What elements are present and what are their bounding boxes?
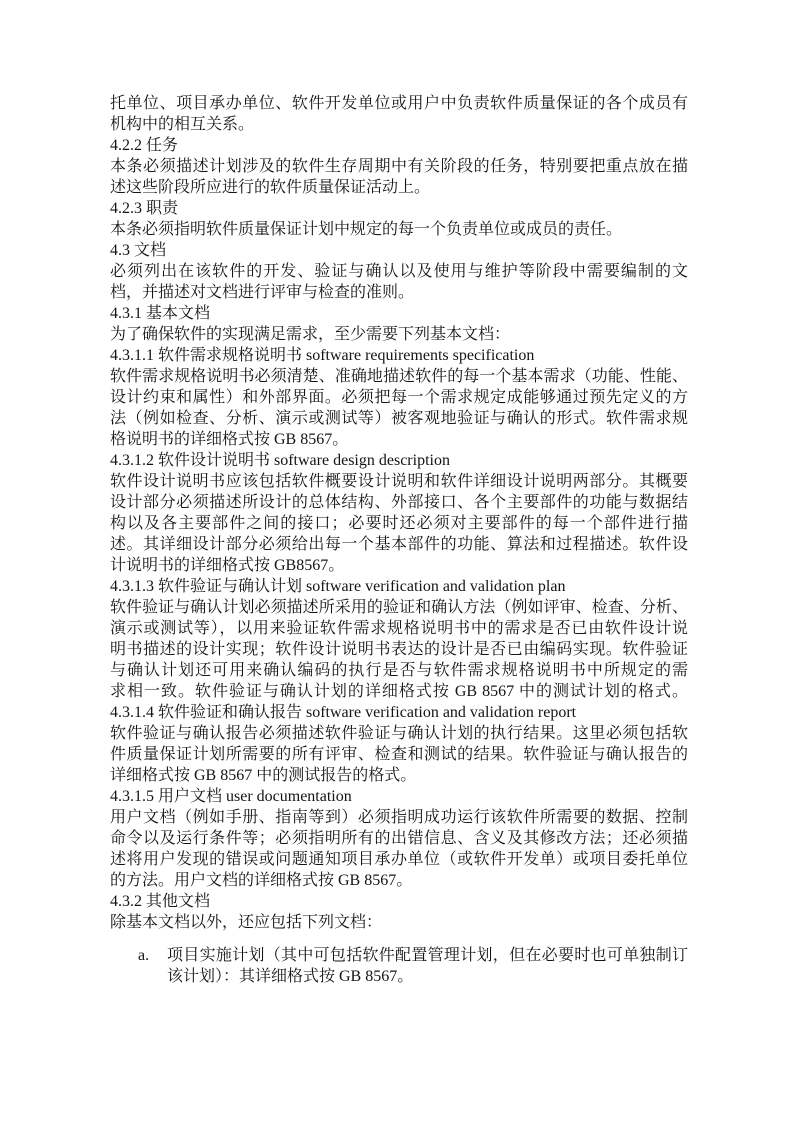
text-line: 件质量保证计划所需要的所有评审、检查和测试的结果。软件验证与确认报告的 [110,744,688,765]
text-line: 与确认计划还可用来确认编码的执行是否与软件需求规格说明书中所规定的需 [110,660,688,681]
text-line: 述将用户发现的错误或问题通知项目承办单位（或软件开发单）或项目委托单位 [110,849,688,870]
section-heading: 4.3.1.2 软件设计说明书 software design descript… [110,450,688,471]
text-line: 档，并描述对文档进行评审与检查的准则。 [110,282,688,303]
section-heading: 4.3.1.5 用户文档 user documentation [110,786,688,807]
section-heading: 4.3.1 基本文档 [110,303,688,324]
text-line: 格说明书的详细格式按 GB 8567。 [110,429,688,450]
text-line: 述这些阶段所应进行的软件质量保证活动上。 [110,177,688,198]
text-line: 软件验证与确认计划必须描述所采用的验证和确认方法（例如评审、检查、分析、 [110,597,688,618]
section-heading: 4.3.1.1 软件需求规格说明书 software requirements … [110,345,688,366]
text-line: 构以及各主要部件之间的接口；必要时还必须对主要部件的每一个部件进行描 [110,513,688,534]
list-item-text: 项目实施计划（其中可包括软件配置管理计划，但在必要时也可单独制订 该计划）：其详… [167,945,688,987]
text-line: 演示或测试等），以用来验证软件需求规格说明书中的需求是否已由软件设计说 [110,618,688,639]
list-item: a. 项目实施计划（其中可包括软件配置管理计划，但在必要时也可单独制订 该计划）… [138,945,688,987]
text-line: 必须列出在该软件的开发、验证与确认以及使用与维护等阶段中需要编制的文 [110,261,688,282]
text-line: 用户文档（例如手册、指南等到）必须指明成功运行该软件所需要的数据、控制 [110,807,688,828]
document-text-block: 托单位、项目承办单位、软件开发单位或用户中负责软件质量保证的各个成员有 机构中的… [110,93,688,987]
text-line: 设计约束和属性）和外部界面。必须把每一个需求规定成能够通过预先定义的方 [110,387,688,408]
section-heading: 4.3.1.3 软件验证与确认计划 software verification … [110,576,688,597]
text-line: 计说明书的详细格式按 GB8567。 [110,555,688,576]
text-line: 软件需求规格说明书必须清楚、准确地描述软件的每一个基本需求（功能、性能、 [110,366,688,387]
text-line: 明书描述的设计实现；软件设计说明书表达的设计是否已由编码实现。软件验证 [110,639,688,660]
section-heading: 4.3.1.4 软件验证和确认报告 software verification … [110,702,688,723]
text-line: 本条必须描述计划涉及的软件生存周期中有关阶段的任务，特别要把重点放在描 [110,156,688,177]
text-line: 为了确保软件的实现满足需求，至少需要下列基本文档： [110,324,688,345]
section-heading: 4.3.2 其他文档 [110,891,688,912]
text-line: 命令以及运行条件等；必须指明所有的出错信息、含义及其修改方法；还必须描 [110,828,688,849]
list-marker: a. [138,945,167,966]
section-heading: 4.2.2 任务 [110,135,688,156]
text-line: 法（例如检查、分析、演示或测试等）被客观地验证与确认的形式。软件需求规 [110,408,688,429]
text-line: 软件设计说明书应该包括软件概要设计说明和软件详细设计说明两部分。其概要 [110,471,688,492]
text-line: 设计部分必须描述所设计的总体结构、外部接口、各个主要部件的功能与数据结 [110,492,688,513]
text-line: 该计划）：其详细格式按 GB 8567。 [167,966,688,987]
document-page: 托单位、项目承办单位、软件开发单位或用户中负责软件质量保证的各个成员有 机构中的… [0,0,793,1122]
section-heading: 4.3 文档 [110,240,688,261]
text-line: 求相一致。软件验证与确认计划的详细格式按 GB 8567 中的测试计划的格式。 [110,681,688,702]
text-line: 项目实施计划（其中可包括软件配置管理计划，但在必要时也可单独制订 [167,945,688,966]
section-heading: 4.2.3 职责 [110,198,688,219]
text-line: 托单位、项目承办单位、软件开发单位或用户中负责软件质量保证的各个成员有 [110,93,688,114]
text-line: 详细格式按 GB 8567 中的测试报告的格式。 [110,765,688,786]
text-line: 除基本文档以外，还应包括下列文档： [110,912,688,933]
text-line: 的方法。用户文档的详细格式按 GB 8567。 [110,870,688,891]
text-line: 机构中的相互关系。 [110,114,688,135]
text-line: 述。其详细设计部分必须给出每一个基本部件的功能、算法和过程描述。软件设 [110,534,688,555]
text-line: 本条必须指明软件质量保证计划中规定的每一个负责单位或成员的责任。 [110,219,688,240]
text-line: 软件验证与确认报告必须描述软件验证与确认计划的执行结果。这里必须包括软 [110,723,688,744]
